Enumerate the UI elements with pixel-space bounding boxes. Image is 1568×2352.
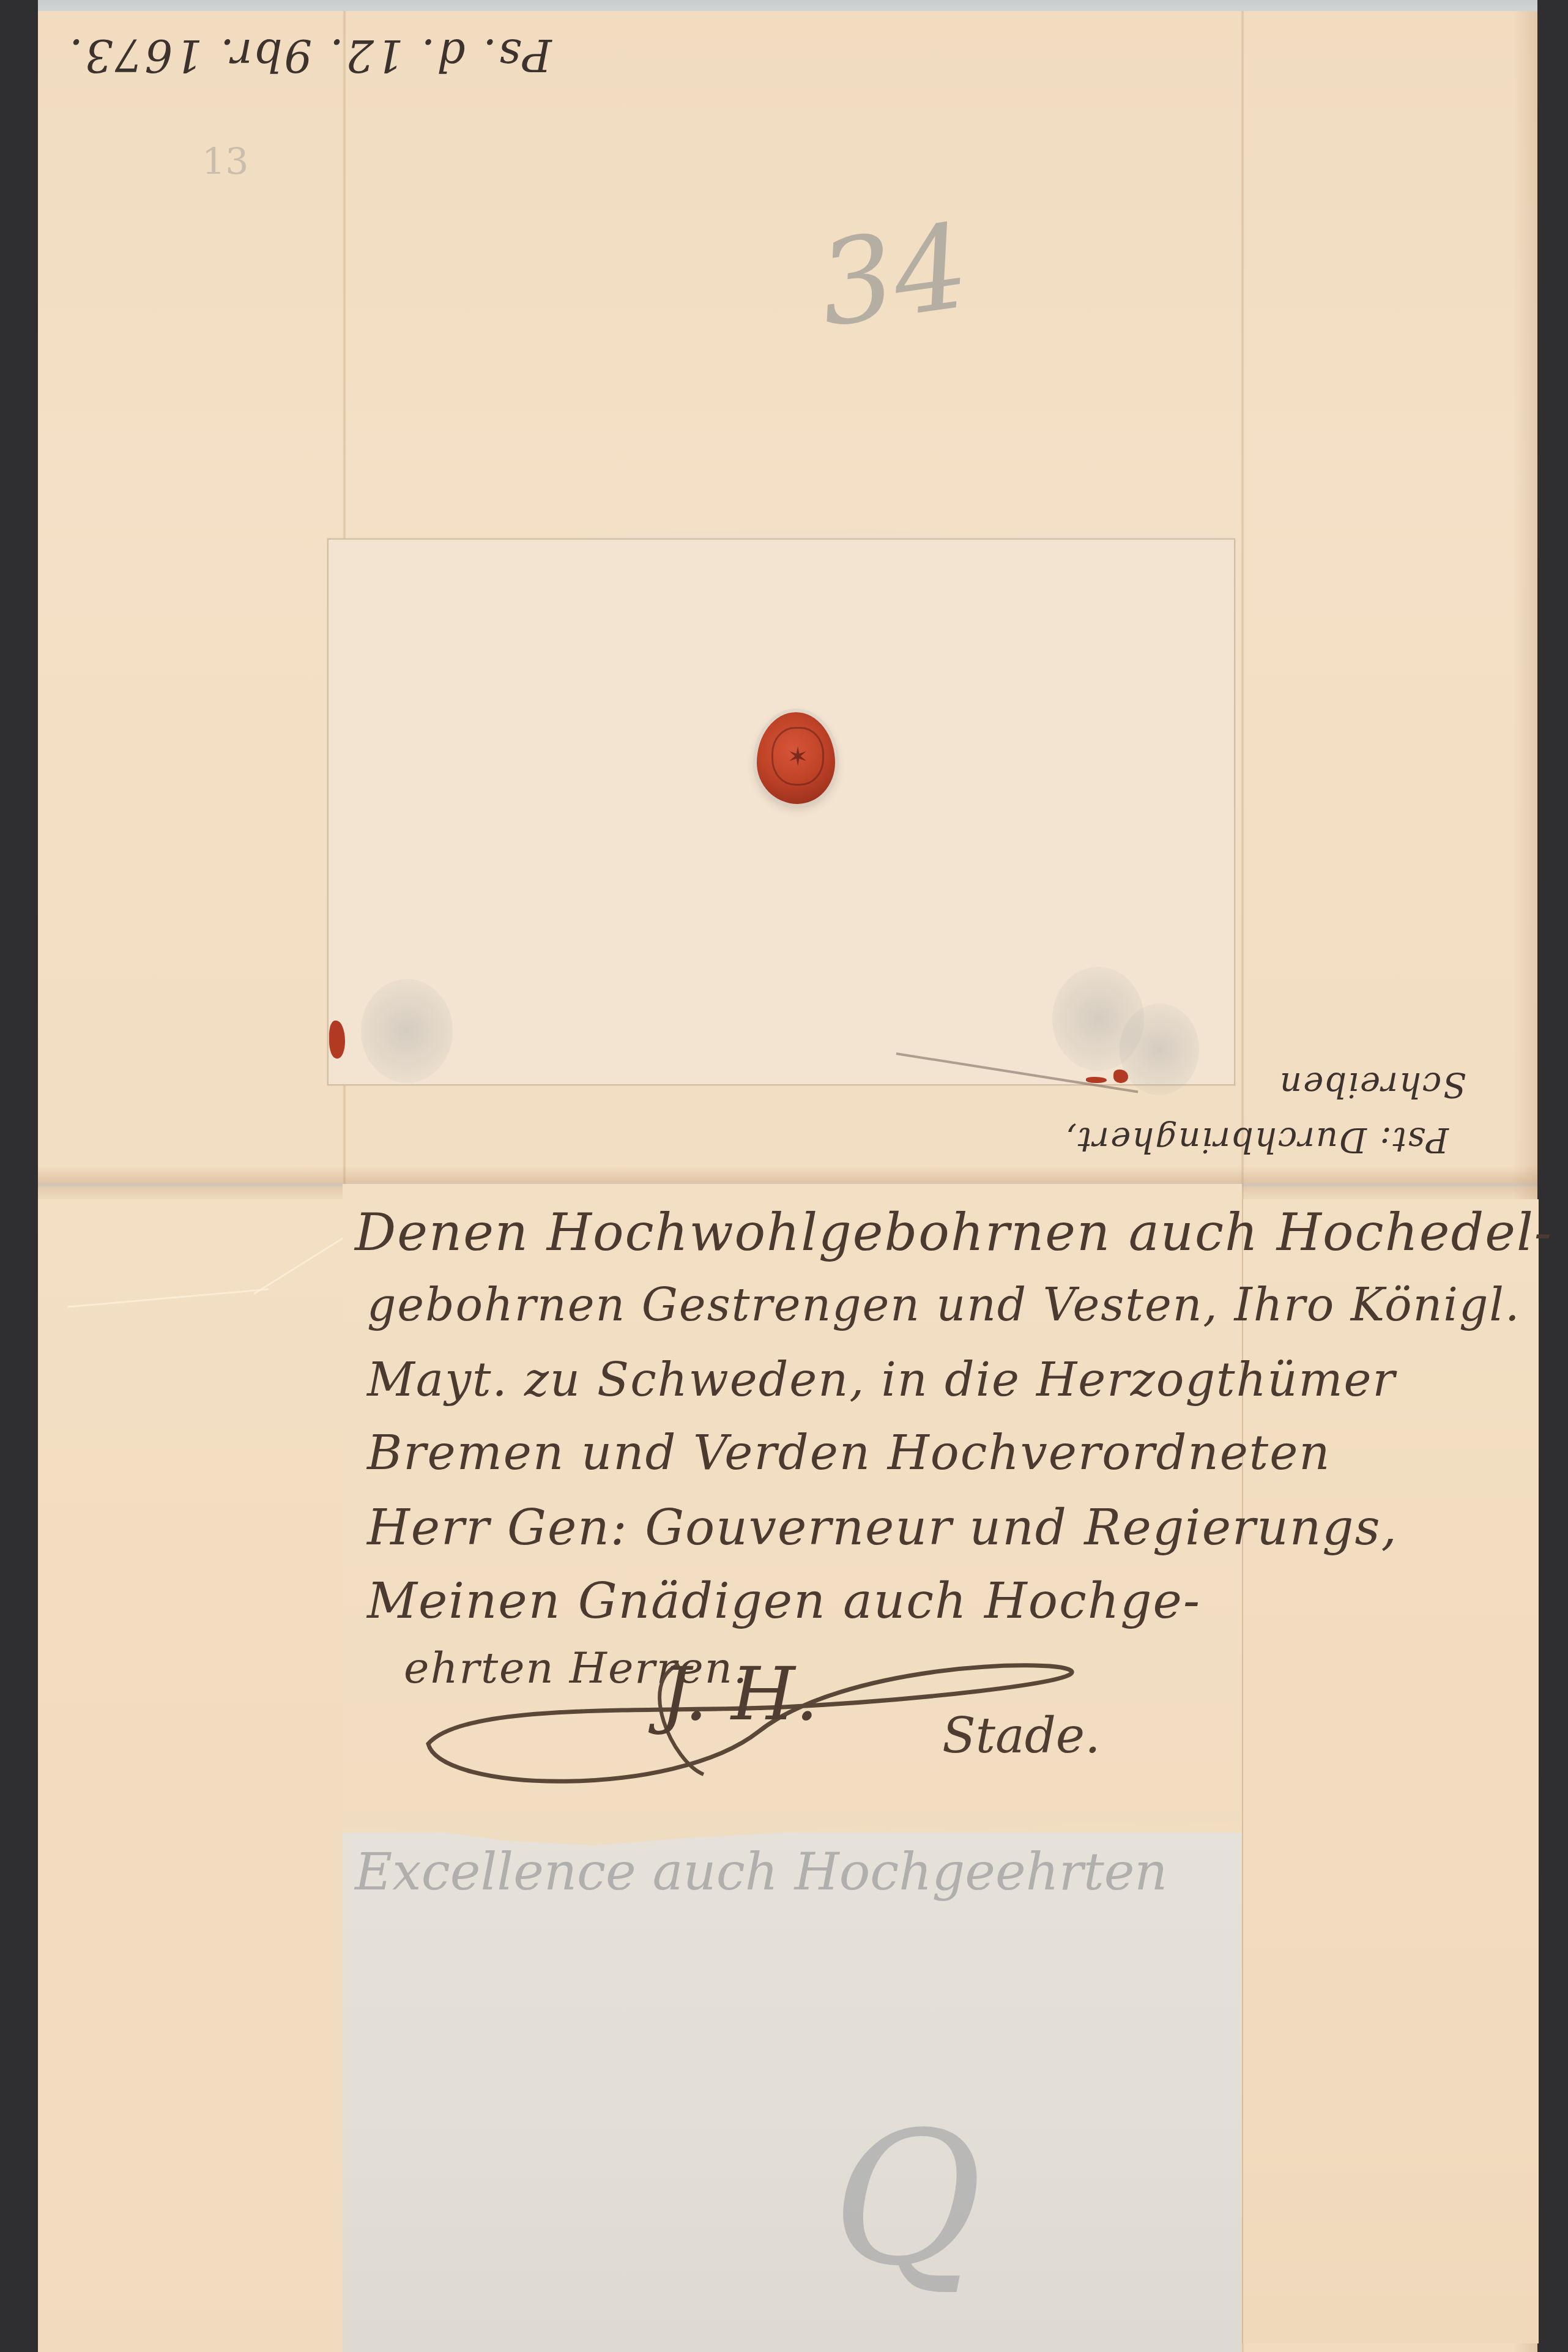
pencil-folio-34: 34 [811, 198, 976, 352]
address-line-3: Mayt. zu Schweden, in die Herzogthümer [367, 1352, 1396, 1407]
address-line-1: Denen Hochwohlgebohrnen auch Hochedel- [355, 1202, 1553, 1262]
date-annotation: Ps. d. 12. 9br. 1673. [67, 29, 552, 81]
seal-emblem-icon: ✶ [771, 727, 824, 786]
folio-number: 13 [202, 141, 248, 184]
address-line-2: gebohrnen Gestrengen und Vesten, Ihro Kö… [367, 1279, 1520, 1331]
stain-spot [1120, 1003, 1199, 1095]
docket-line-1: Schreiben [1279, 1065, 1466, 1104]
wax-drip-right [1113, 1070, 1128, 1083]
left-flap [38, 1199, 345, 2352]
signature-place: Stade. [942, 1707, 1101, 1764]
stain-spot [361, 979, 453, 1083]
signature-initials: J. H. [661, 1652, 819, 1737]
scanner-frame-right [1537, 0, 1568, 2352]
scanner-frame-left [0, 0, 38, 2352]
address-line-4: Bremen und Verden Hochverordneten [367, 1426, 1331, 1481]
tissue-faint-mark: Q [832, 2093, 983, 2306]
tissue-faint-text: Excellence auch Hochgeehrten [355, 1842, 1167, 1902]
docket-line-2: Pst: Durchbringhert, [1065, 1120, 1449, 1159]
address-line-6: Meinen Gnädigen auch Hochge- [367, 1572, 1201, 1629]
wax-drip-right-small [1086, 1077, 1107, 1083]
address-line-5: Herr Gen: Gouverneur und Regierungs, [367, 1499, 1398, 1556]
